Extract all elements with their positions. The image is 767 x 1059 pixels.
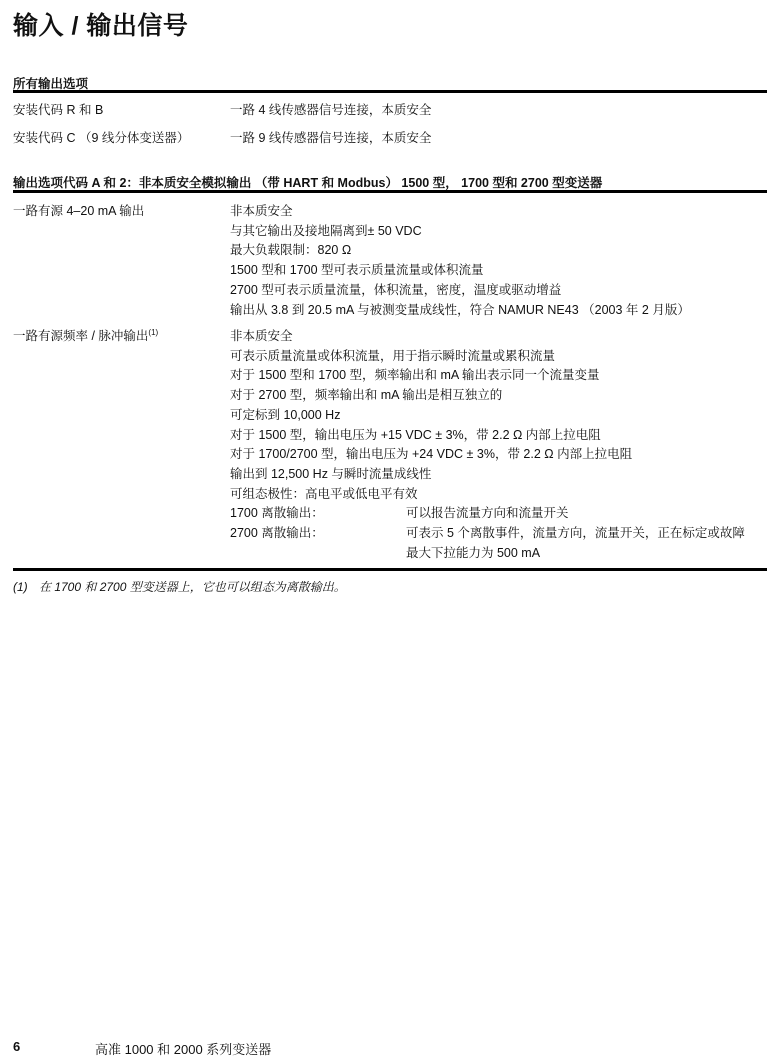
spec-line: 输出到 12,500 Hz 与瞬时流量成线性: [230, 465, 745, 485]
spec-line: 1500 型和 1700 型可表示质量流量或体积流量: [230, 261, 690, 281]
install-code-c-value: 一路 9 线传感器信号连接，本质安全: [230, 129, 431, 149]
spec-line: 可组态极性：高电平或低电平有效: [230, 485, 745, 505]
spec-line: 对于 2700 型，频率输出和 mA 输出是相互独立的: [230, 386, 745, 406]
discrete-2700: 2700 离散输出： 可表示 5 个离散事件，流量方向，流量开关，正在标定或故障: [230, 524, 745, 544]
section-heading-analog-outputs: 输出选项代码 A 和 2：非本质安全模拟输出 （带 HART 和 Modbus）…: [13, 173, 602, 191]
spec-line: 对于 1700/2700 型，输出电压为 +24 VDC ± 3%，带 2.2 …: [230, 445, 745, 465]
spec-line: 可定标到 10,000 Hz: [230, 406, 745, 426]
page-number: 6: [13, 1039, 20, 1054]
ma-output-specs: 非本质安全 与其它输出及接地隔离到± 50 VDC 最大负载限制：820 Ω 1…: [230, 202, 690, 320]
page-title: 输入 / 输出信号: [13, 6, 188, 42]
spec-line: 2700 型可表示质量流量，体积流量，密度，温度或驱动增益: [230, 281, 690, 301]
spec-line: 输出从 3.8 到 20.5 mA 与被测变量成线性，符合 NAMUR NE43…: [230, 301, 690, 321]
spec-line: 与其它输出及接地隔离到± 50 VDC: [230, 222, 690, 242]
install-code-rb-label: 安装代码 R 和 B: [13, 101, 103, 121]
freq-output-specs: 非本质安全 可表示质量流量或体积流量，用于指示瞬时流量或累积流量 对于 1500…: [230, 327, 745, 563]
freq-output-label: 一路有源频率 / 脉冲输出(1): [13, 327, 158, 347]
spec-line: 对于 1500 型和 1700 型，频率输出和 mA 输出表示同一个流量变量: [230, 366, 745, 386]
footnote-ref: (1): [148, 328, 158, 337]
spec-line: 对于 1500 型，输出电压为 +15 VDC ± 3%，带 2.2 Ω 内部上…: [230, 426, 745, 446]
discrete-1700-key: 1700 离散输出：: [230, 504, 406, 524]
discrete-2700-cont: 最大下拉能力为 500 mA: [230, 544, 745, 564]
spec-line: 可表示质量流量或体积流量，用于指示瞬时流量或累积流量: [230, 347, 745, 367]
discrete-2700-value: 可表示 5 个离散事件，流量方向，流量开关，正在标定或故障: [406, 524, 745, 544]
install-code-rb-value: 一路 4 线传感器信号连接，本质安全: [230, 101, 431, 121]
freq-output-label-text: 一路有源频率 / 脉冲输出: [13, 329, 148, 343]
ma-output-label: 一路有源 4–20 mA 输出: [13, 202, 144, 222]
discrete-1700: 1700 离散输出： 可以报告流量方向和流量开关: [230, 504, 745, 524]
spec-line: 最大负载限制：820 Ω: [230, 241, 690, 261]
table-end-rule: [13, 568, 767, 571]
discrete-2700-value-2: 最大下拉能力为 500 mA: [406, 544, 540, 564]
discrete-1700-value: 可以报告流量方向和流量开关: [406, 504, 569, 524]
footnote-marker: (1): [13, 580, 39, 594]
footnote: (1)在 1700 和 2700 型变送器上，它也可以组态为离散输出。: [13, 578, 346, 595]
section-rule: [13, 90, 767, 93]
discrete-2700-key: 2700 离散输出：: [230, 524, 406, 544]
footnote-text: 在 1700 和 2700 型变送器上，它也可以组态为离散输出。: [39, 580, 346, 594]
install-code-c-label: 安装代码 C （9 线分体变送器）: [13, 129, 189, 149]
spec-line: 非本质安全: [230, 202, 690, 222]
footer-title: 高准 1000 和 2000 系列变送器: [95, 1039, 271, 1058]
section-rule: [13, 190, 767, 193]
spec-line: 非本质安全: [230, 327, 745, 347]
